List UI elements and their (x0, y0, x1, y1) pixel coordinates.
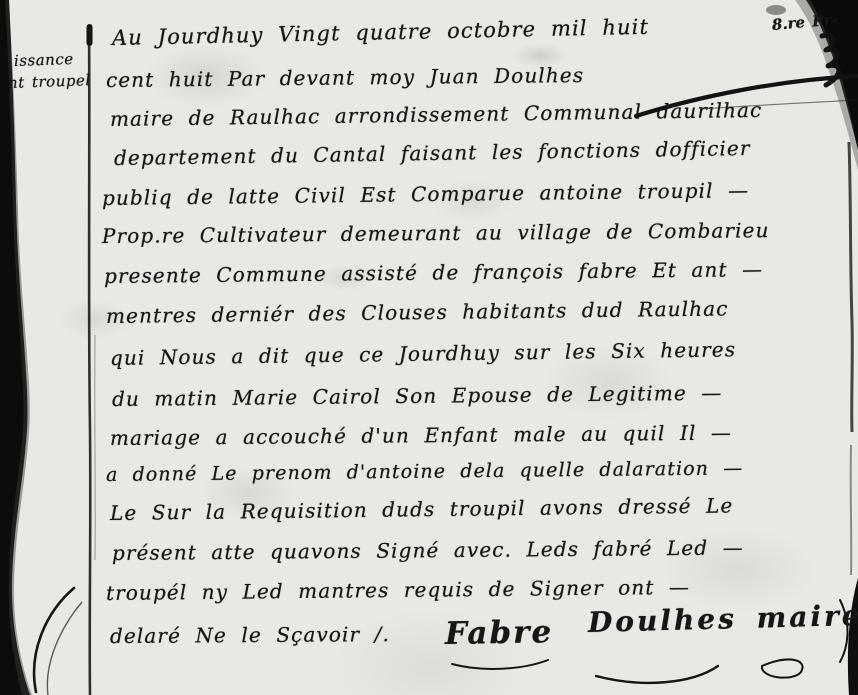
text-line-2: cent huit Par devant moy Juan Doulhes (106, 63, 584, 92)
page-curl-bottom-right (848, 578, 858, 695)
signature-mayor: Doulhes maire (588, 599, 858, 639)
binding-edge-shadow (5, 0, 32, 695)
page-edge-right (849, 142, 852, 432)
signature-mayor-oval-flourish (762, 659, 803, 677)
margin-rule (89, 26, 90, 695)
text-line-15: troupél ny Led mantres requis de Signer … (106, 575, 690, 605)
text-line-5: publiq de latte Civil Est Comparue antoi… (102, 178, 749, 210)
bottom-left-flourish-2 (47, 602, 82, 695)
text-line-3: maire de Raulhac arrondissement Communal… (110, 98, 763, 131)
text-line-9: qui Nous a dit que ce Jourdhuy sur les S… (110, 337, 736, 370)
page-edge-right-lower (851, 445, 852, 575)
text-line-13: Le Sur la Requisition duds troupil avons… (110, 493, 734, 525)
text-line-14: présent atte quavons Signé avec. Leds fa… (112, 535, 744, 565)
margin-rule-double (95, 335, 96, 560)
text-line-4: departement du Cantal faisant les foncti… (114, 136, 751, 170)
corner-date-annotation: 8.re Pr- (771, 10, 838, 34)
margin-note-naissance: issance (14, 50, 74, 70)
text-line-16: delaré Ne le Sçavoir /. (110, 622, 390, 648)
signature-fabre-flourish (452, 660, 548, 669)
bottom-left-flourish (34, 588, 74, 692)
text-line-11: mariage a accouché d'un Enfant male au q… (110, 421, 732, 450)
text-line-8: mentres derniér des Clouses habitants du… (106, 296, 729, 328)
signature-fabre: Fabre (445, 614, 554, 652)
signature-mayor-flourish (596, 666, 718, 683)
scan-speckle (766, 5, 786, 15)
margin-rule-top-blob (87, 24, 93, 46)
paraph-scribble (822, 35, 839, 85)
text-line-10: du matin Marie Cairol Son Epouse de Legi… (112, 381, 723, 411)
text-line-12: a donné Le prenom d'antoine dela quelle … (106, 457, 744, 486)
text-line-6: Prop.re Cultivateur demeurant au village… (102, 218, 770, 248)
manuscript-page: issance nt troupel 8.re Pr- Au Jourdhuy … (0, 0, 858, 695)
binding-edge (0, 0, 30, 695)
text-line-1: Au Jourdhuy Vingt quatre octobre mil hui… (112, 15, 649, 50)
margin-note-name: nt troupel (8, 71, 91, 92)
text-line-7: presente Commune assisté de françois fab… (104, 257, 763, 288)
